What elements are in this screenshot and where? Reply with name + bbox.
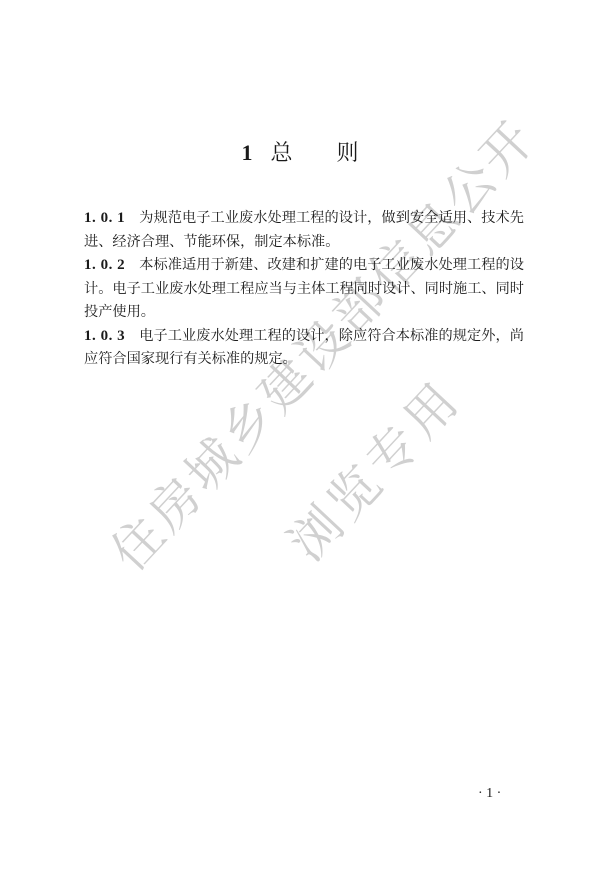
clause-number: 1. 0. 2 <box>84 257 125 273</box>
clause-number: 1. 0. 1 <box>84 210 125 226</box>
chapter-title-char-2: 则 <box>337 141 359 166</box>
clause-number: 1. 0. 3 <box>84 328 125 344</box>
page-number: · 1 · <box>478 786 501 802</box>
clause-text: 为规范电子工业废水处理工程的设计，做到安全适用、技术先进、经济合理、节能环保，制… <box>84 210 524 250</box>
clause-1-0-1: 1. 0. 1为规范电子工业废水处理工程的设计，做到安全适用、技术先进、经济合理… <box>84 207 524 254</box>
document-page: 住房城乡建设部信息公开 浏览专用 1总则 1. 0. 1为规范电子工业废水处理工… <box>0 0 600 870</box>
chapter-title-char-1: 总 <box>270 141 292 166</box>
chapter-number: 1 <box>241 140 252 165</box>
clause-1-0-3: 1. 0. 3电子工业废水处理工程的设计，除应符合本标准的规定外，尚应符合国家现… <box>84 325 524 372</box>
watermark-line-2: 浏览专用 <box>270 361 475 574</box>
clause-text: 电子工业废水处理工程的设计，除应符合本标准的规定外，尚应符合国家现行有关标准的规… <box>84 328 524 368</box>
chapter-body: 1. 0. 1为规范电子工业废水处理工程的设计，做到安全适用、技术先进、经济合理… <box>84 207 524 372</box>
clause-text: 本标准适用于新建、改建和扩建的电子工业废水处理工程的设计。电子工业废水处理工程应… <box>84 257 524 320</box>
clause-1-0-2: 1. 0. 2本标准适用于新建、改建和扩建的电子工业废水处理工程的设计。电子工业… <box>84 254 524 325</box>
chapter-title: 1总则 <box>0 136 600 167</box>
